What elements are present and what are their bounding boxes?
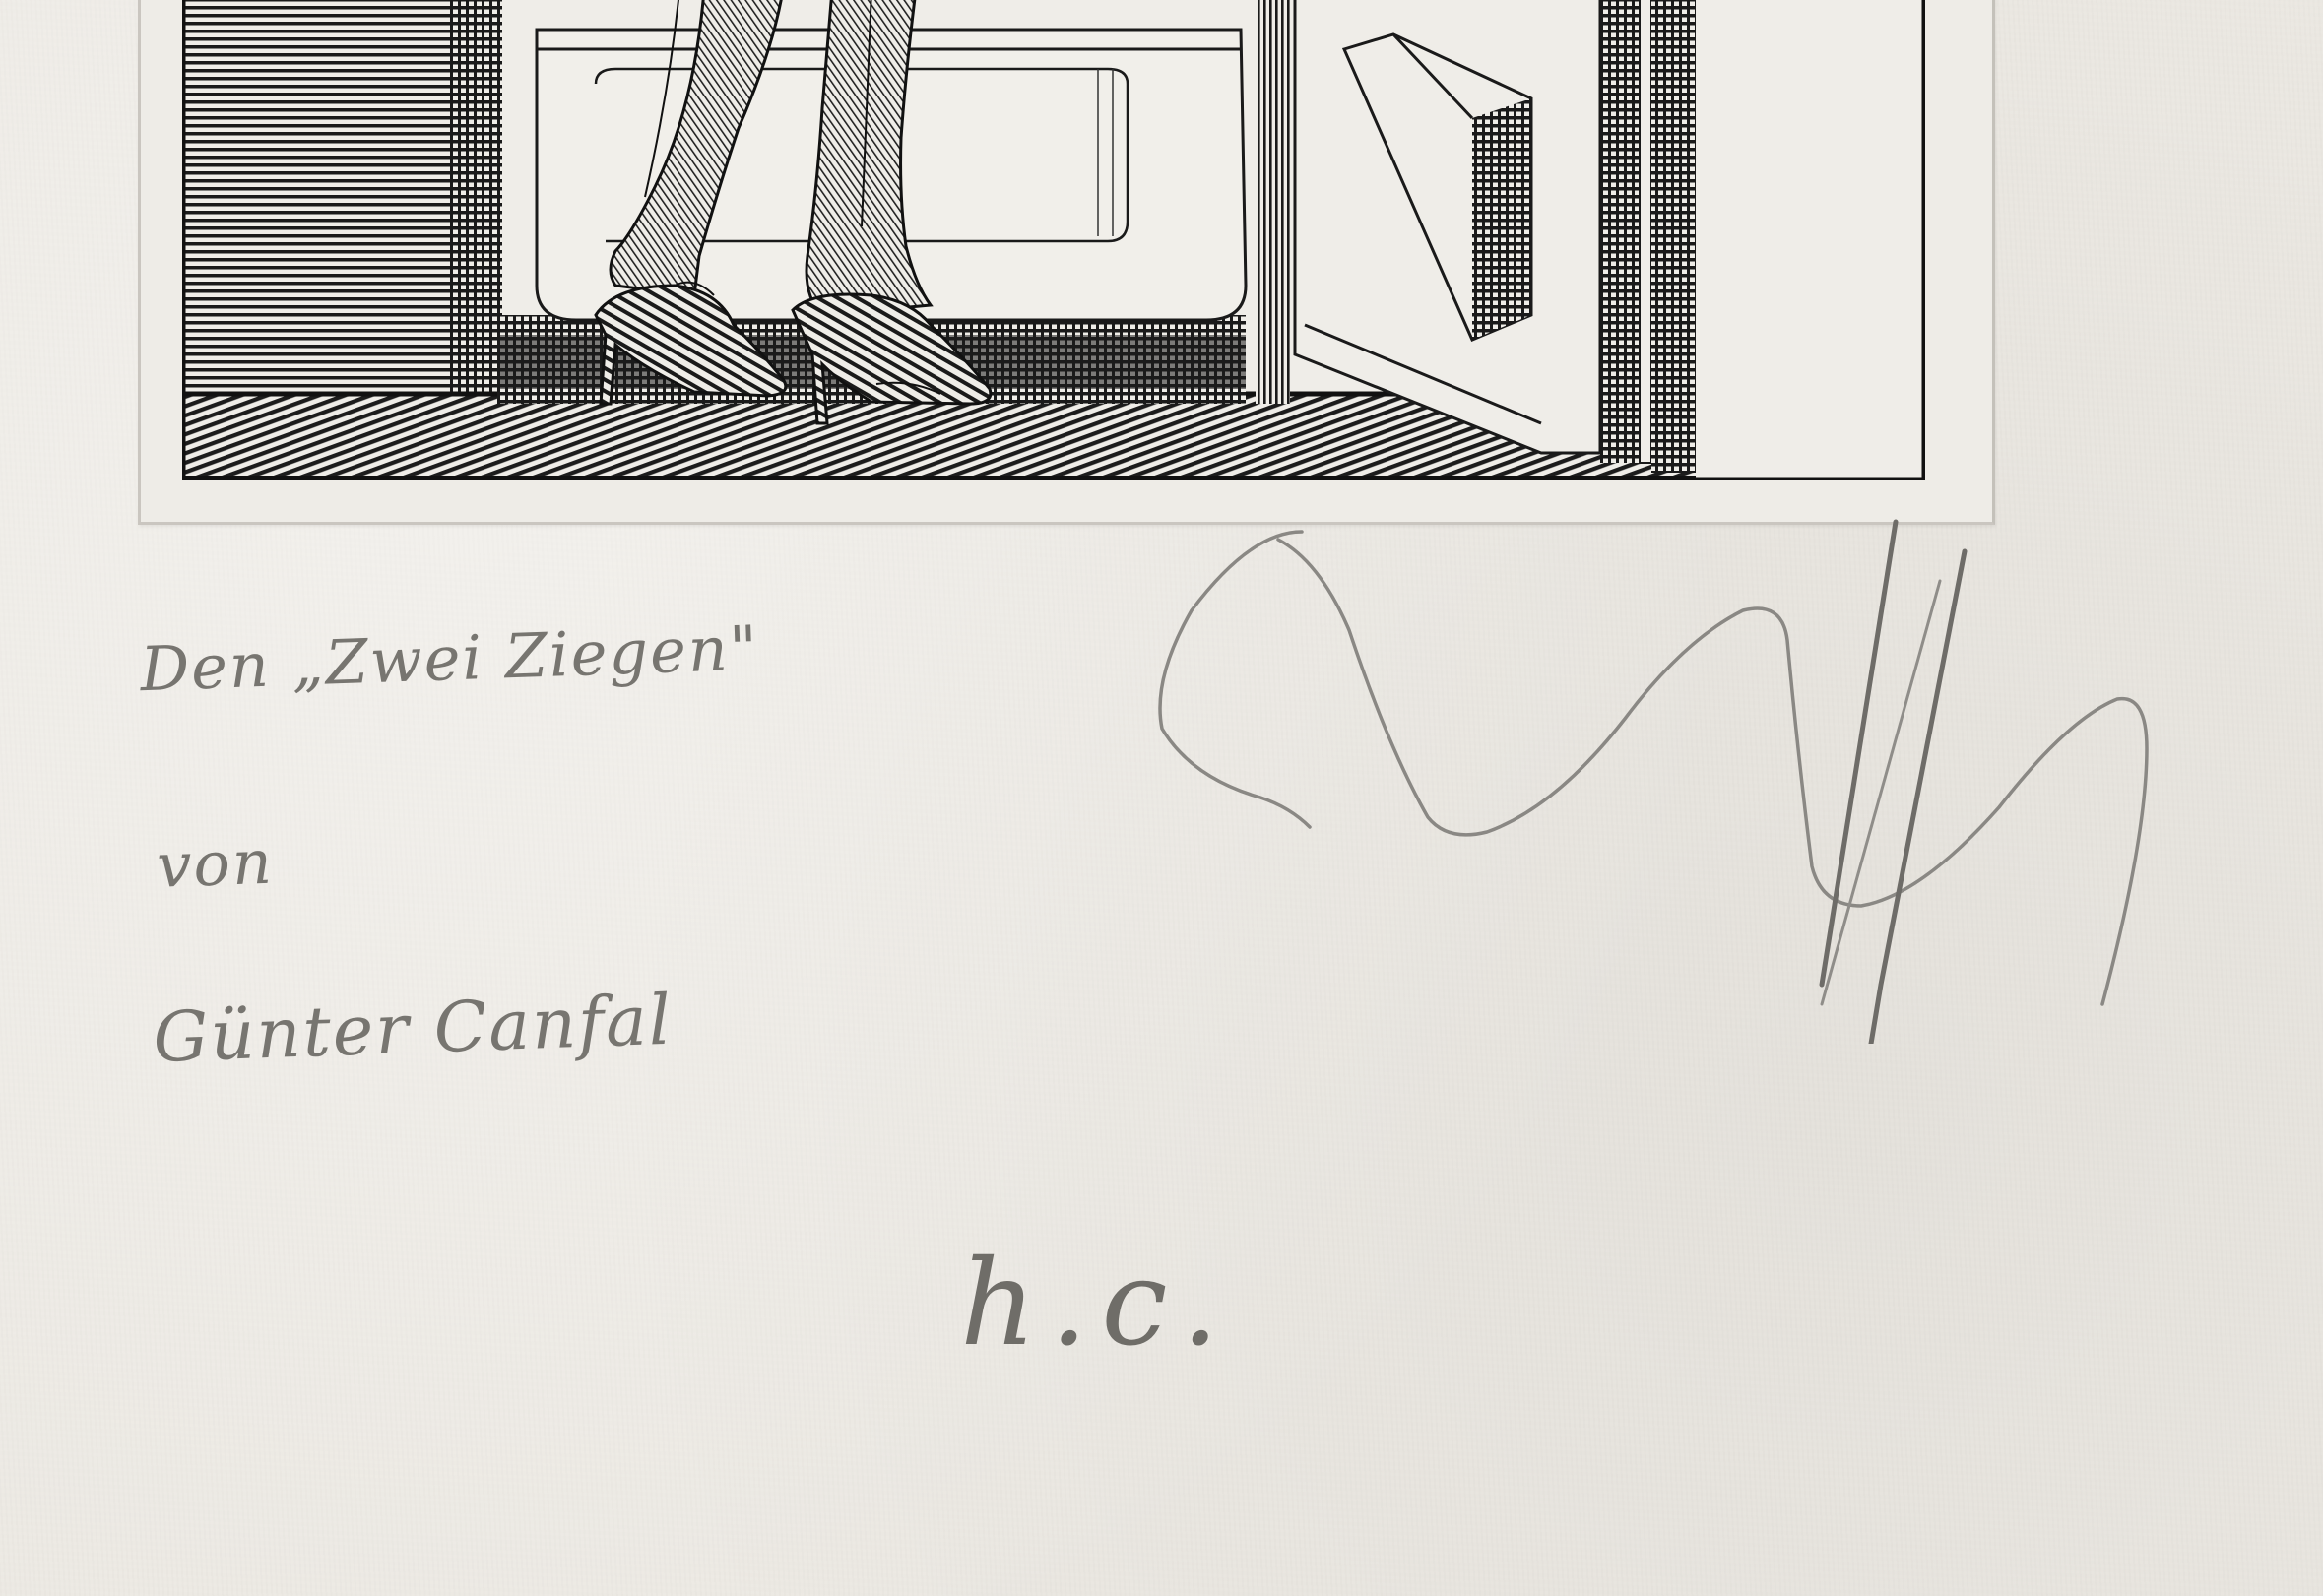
etching-image bbox=[182, 0, 1925, 480]
inscription-von-line: von bbox=[156, 832, 274, 897]
inscription-name-line: Günter Canfal bbox=[152, 986, 674, 1072]
edition-mark-hc: h.c. bbox=[960, 1236, 1233, 1373]
artist-signature bbox=[1132, 492, 2176, 1044]
